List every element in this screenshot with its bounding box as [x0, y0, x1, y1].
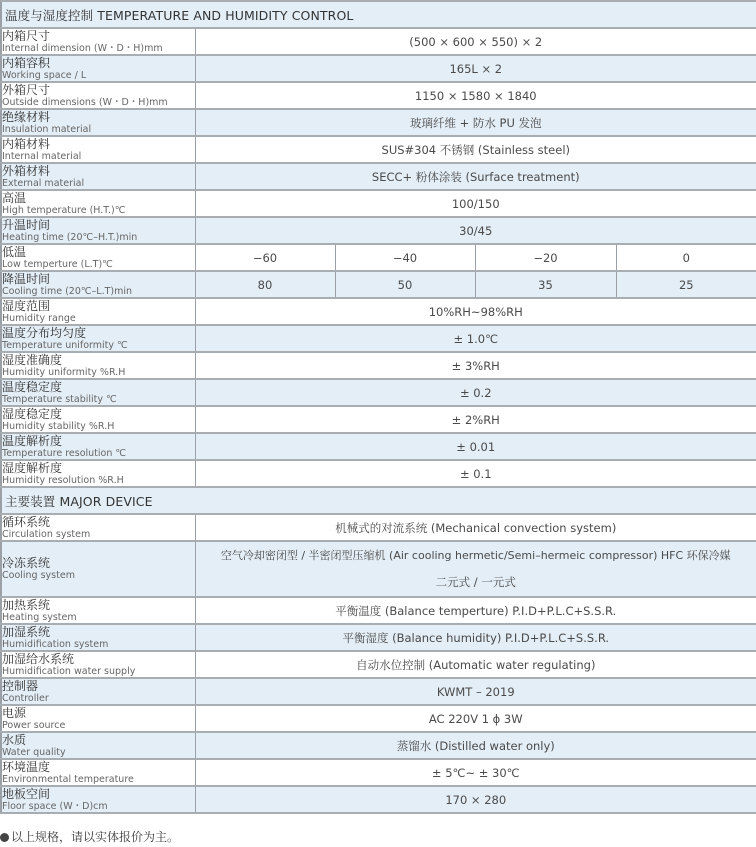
row-value: 玻璃纤维 + 防水 PU 发泡 [195, 109, 756, 136]
label-en: Outside dimensions (W・D・H)mm [2, 97, 195, 108]
label-cn: 外箱尺寸 [2, 84, 195, 97]
table-row-low-temp: 低温Low temperture (L.T)℃ −60 −40 −20 0 [1, 244, 756, 271]
table-row-cooling-system: 冷冻系统Cooling system 空气冷却密闭型 / 半密闭型压缩机 (Ai… [1, 541, 756, 597]
label-cn: 升温时间 [2, 219, 195, 232]
table-row: 内箱材料Internal material SUS#304 不锈钢 (Stain… [1, 136, 756, 163]
table-row: 加湿给水系统Humidification water supply 自动水位控制… [1, 651, 756, 678]
cooling-value-line2: 二元式 / 一元式 [196, 569, 756, 596]
label-cn: 湿度解析度 [2, 462, 195, 475]
label-cn: 温度分布均匀度 [2, 327, 195, 340]
footnote: 以上规格，请以实体报价为主。 [0, 828, 179, 845]
label-en: Humidification water supply [2, 666, 195, 677]
label-cn: 外箱材料 [2, 165, 195, 178]
low-temp-value: 0 [616, 244, 756, 271]
label-en: Heating system [2, 612, 195, 623]
cooling-time-value: 25 [616, 271, 756, 298]
table-row: 温度解析度Temperature resolution ℃ ± 0.01 [1, 433, 756, 460]
table-row: 加湿系统Humidification system 平衡湿度 (Balance … [1, 624, 756, 651]
table-row: 环境温度Environmental temperature ± 5℃~ ± 30… [1, 759, 756, 786]
label-en: Insulation material [2, 124, 195, 135]
label-en: Heating time (20℃–H.T.)min [2, 232, 195, 243]
label-en: Environmental temperature [2, 774, 195, 785]
label-en: Cooling time (20℃–L.T)min [2, 286, 195, 297]
table-row-cooling-time: 降温时间Cooling time (20℃–L.T)min 80 50 35 2… [1, 271, 756, 298]
footnote-text: 以上规格，请以实体报价为主。 [11, 830, 179, 844]
table-row: 地板空间Floor space (W・D)cm 170 × 280 [1, 786, 756, 813]
row-value: ± 1.0℃ [195, 325, 756, 352]
row-value: 自动水位控制 (Automatic water regulating) [195, 651, 756, 678]
label-en: Humidity range [2, 313, 195, 324]
table-row: 高温High temperature (H.T.)℃ 100/150 [1, 190, 756, 217]
label-en: Circulation system [2, 529, 195, 540]
table-row: 温度稳定度Temperature stability ℃ ± 0.2 [1, 379, 756, 406]
label-cn: 电源 [2, 707, 195, 720]
label-en: Internal material [2, 151, 195, 162]
table-row: 湿度范围Humidity range 10%RH~98%RH [1, 298, 756, 325]
spec-table: 温度与湿度控制 TEMPERATURE AND HUMIDITY CONTROL… [0, 0, 756, 814]
label-cn: 湿度范围 [2, 300, 195, 313]
label-en: Controller [2, 693, 195, 704]
table-row: 外箱尺寸Outside dimensions (W・D・H)mm 1150 × … [1, 82, 756, 109]
label-cn: 内箱尺寸 [2, 30, 195, 43]
label-cn: 温度解析度 [2, 435, 195, 448]
label-en: Low temperture (L.T)℃ [2, 259, 195, 270]
cooling-time-value: 80 [195, 271, 335, 298]
table-row: 循环系统Circulation system 机械式的对流系统 (Mechani… [1, 514, 756, 541]
table-row: 内箱尺寸Internal dimension (W・D・H)mm (500 × … [1, 28, 756, 55]
label-cn: 温度稳定度 [2, 381, 195, 394]
label-en: High temperature (H.T.)℃ [2, 205, 195, 216]
row-value: ± 0.1 [195, 460, 756, 487]
label-en: External material [2, 178, 195, 189]
section-header-temp-humidity: 温度与湿度控制 TEMPERATURE AND HUMIDITY CONTROL [1, 1, 756, 28]
label-en: Temperature stability ℃ [2, 394, 195, 405]
row-value: 空气冷却密闭型 / 半密闭型压缩机 (Air cooling hermetic/… [195, 541, 756, 597]
table-row: 湿度准确度Humidity uniformity %R.H ± 3%RH [1, 352, 756, 379]
table-row: 升温时间Heating time (20℃–H.T.)min 30/45 [1, 217, 756, 244]
row-value: 1150 × 1580 × 1840 [195, 82, 756, 109]
row-value: 10%RH~98%RH [195, 298, 756, 325]
table-row: 外箱材料External material SECC+ 粉体涂装 (Surfac… [1, 163, 756, 190]
label-cn: 冷冻系统 [2, 557, 195, 570]
low-temp-value: −20 [475, 244, 616, 271]
row-value: 30/45 [195, 217, 756, 244]
cooling-value-line1: 空气冷却密闭型 / 半密闭型压缩机 (Air cooling hermetic/… [196, 542, 756, 569]
row-value: ± 3%RH [195, 352, 756, 379]
row-value: ± 0.2 [195, 379, 756, 406]
row-value: KWMT – 2019 [195, 678, 756, 705]
section-header-major-device: 主要装置 MAJOR DEVICE [1, 487, 756, 514]
table-row: 水质Water quality 蒸馏水 (Distilled water onl… [1, 732, 756, 759]
row-value: 蒸馏水 (Distilled water only) [195, 732, 756, 759]
label-cn: 低温 [2, 246, 195, 259]
label-cn: 加湿给水系统 [2, 653, 195, 666]
label-cn: 降温时间 [2, 273, 195, 286]
table-row: 湿度稳定度Humidity stability %R.H ± 2%RH [1, 406, 756, 433]
row-value: AC 220V 1 ϕ 3W [195, 705, 756, 732]
label-en: Cooling system [2, 570, 195, 581]
table-row: 湿度解析度Humidity resolution %R.H ± 0.1 [1, 460, 756, 487]
label-cn: 水质 [2, 734, 195, 747]
label-en: Temperature resolution ℃ [2, 448, 195, 459]
table-row: 温度分布均匀度Temperature uniformity ℃ ± 1.0℃ [1, 325, 756, 352]
label-cn: 高温 [2, 192, 195, 205]
row-value: 平衡湿度 (Balance humidity) P.I.D+P.L.C+S.S.… [195, 624, 756, 651]
table-row: 控制器Controller KWMT – 2019 [1, 678, 756, 705]
table-row: 电源Power source AC 220V 1 ϕ 3W [1, 705, 756, 732]
label-cn: 内箱容积 [2, 57, 195, 70]
label-en: Internal dimension (W・D・H)mm [2, 43, 195, 54]
label-cn: 加湿系统 [2, 626, 195, 639]
row-value: 165L × 2 [195, 55, 756, 82]
table-row: 内箱容积Working space / L 165L × 2 [1, 55, 756, 82]
label-en: Humidity uniformity %R.H [2, 367, 195, 378]
label-cn: 控制器 [2, 680, 195, 693]
section-title: 温度与湿度控制 TEMPERATURE AND HUMIDITY CONTROL [2, 8, 353, 23]
cooling-time-value: 35 [475, 271, 616, 298]
label-en: Power source [2, 720, 195, 731]
label-cn: 绝缘材料 [2, 111, 195, 124]
row-value: 机械式的对流系统 (Mechanical convection system) [195, 514, 756, 541]
row-value: ± 0.01 [195, 433, 756, 460]
row-value: 平衡温度 (Balance temperture) P.I.D+P.L.C+S.… [195, 597, 756, 624]
row-value: SUS#304 不锈钢 (Stainless steel) [195, 136, 756, 163]
low-temp-value: −40 [335, 244, 475, 271]
label-cn: 循环系统 [2, 516, 195, 529]
label-cn: 湿度稳定度 [2, 408, 195, 421]
label-cn: 湿度准确度 [2, 354, 195, 367]
label-cn: 加热系统 [2, 599, 195, 612]
row-value: 170 × 280 [195, 786, 756, 813]
label-en: Humidity resolution %R.H [2, 475, 195, 486]
label-en: Temperature uniformity ℃ [2, 340, 195, 351]
row-value: ± 5℃~ ± 30℃ [195, 759, 756, 786]
label-en: Floor space (W・D)cm [2, 801, 195, 812]
row-value: 100/150 [195, 190, 756, 217]
table-row: 加热系统Heating system 平衡温度 (Balance tempert… [1, 597, 756, 624]
label-cn: 环境温度 [2, 761, 195, 774]
low-temp-value: −60 [195, 244, 335, 271]
row-value: (500 × 600 × 550) × 2 [195, 28, 756, 55]
label-en: Water quality [2, 747, 195, 758]
label-en: Humidification system [2, 639, 195, 650]
cooling-time-value: 50 [335, 271, 475, 298]
bullet-icon [0, 833, 9, 842]
label-cn: 地板空间 [2, 788, 195, 801]
row-value: SECC+ 粉体涂装 (Surface treatment) [195, 163, 756, 190]
label-cn: 内箱材料 [2, 138, 195, 151]
label-en: Humidity stability %R.H [2, 421, 195, 432]
label-en: Working space / L [2, 70, 195, 81]
section-title: 主要装置 MAJOR DEVICE [2, 494, 153, 509]
table-row: 绝缘材料Insulation material 玻璃纤维 + 防水 PU 发泡 [1, 109, 756, 136]
row-value: ± 2%RH [195, 406, 756, 433]
